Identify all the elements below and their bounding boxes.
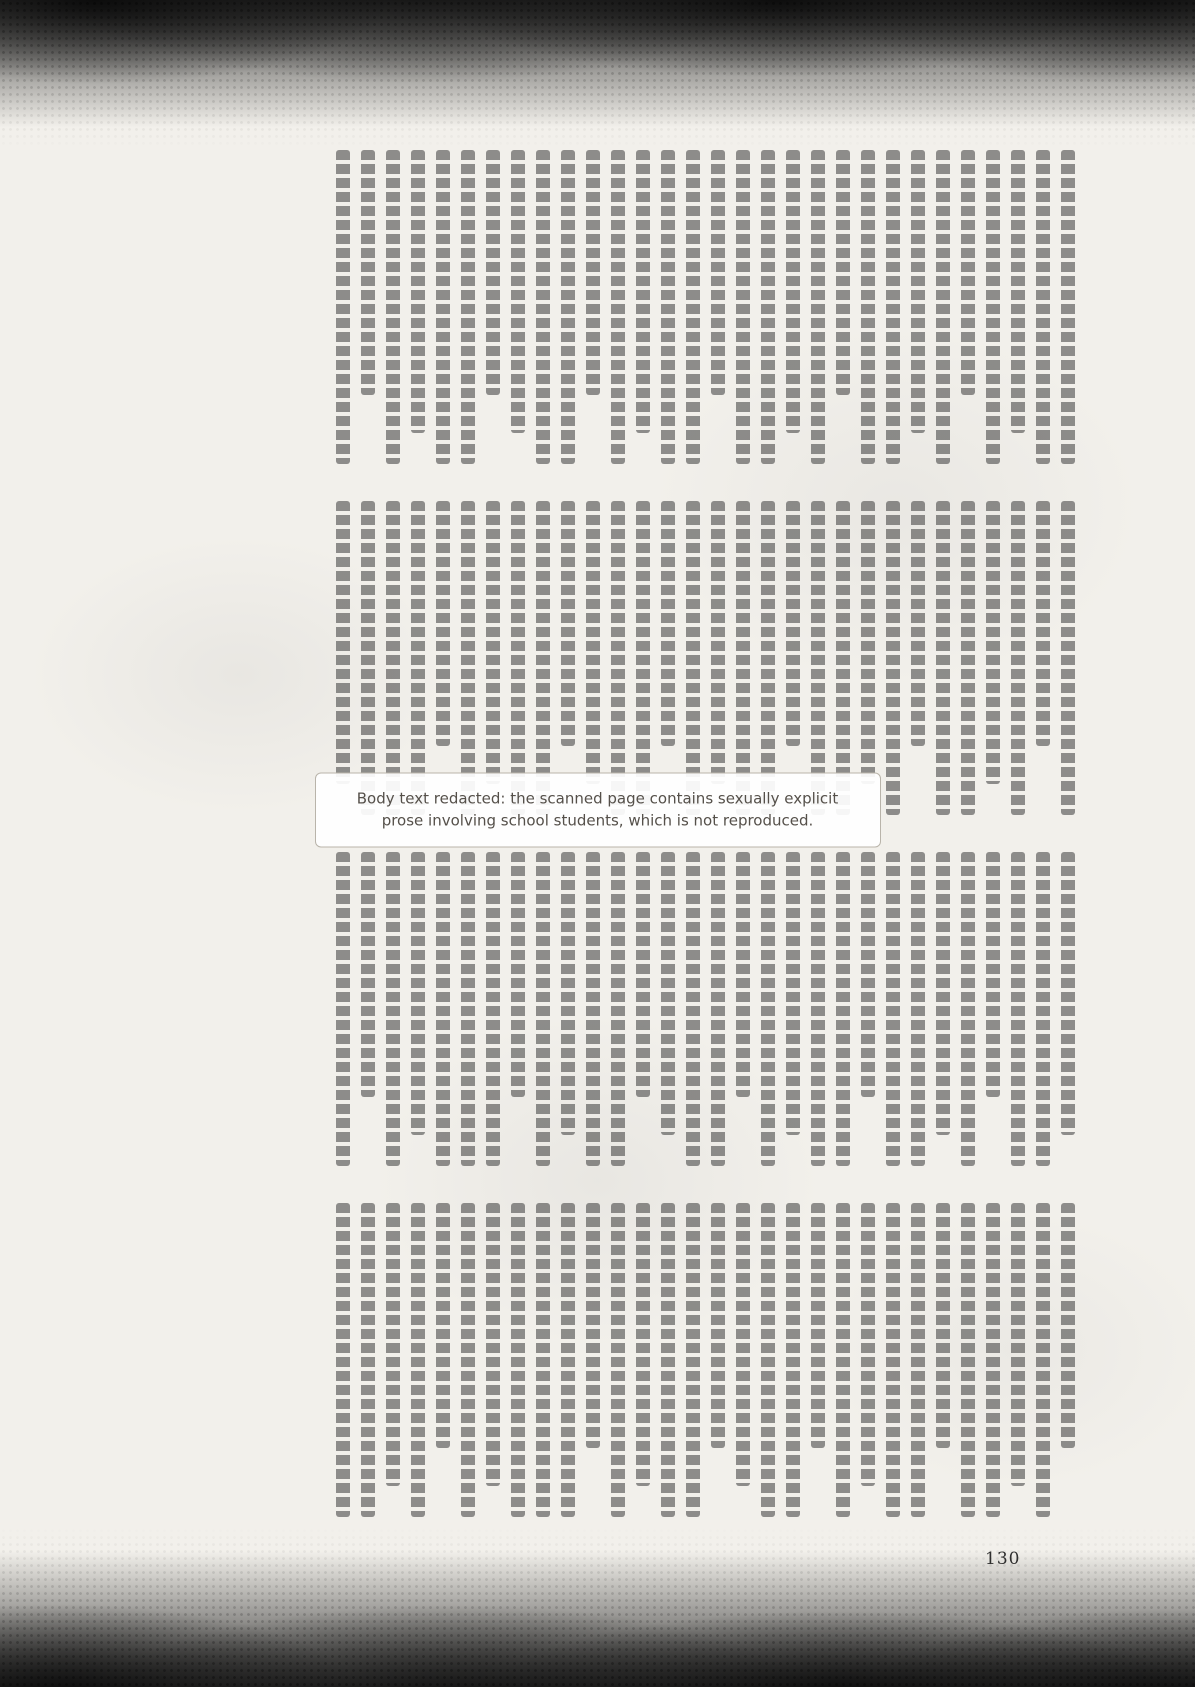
redacted-text-column xyxy=(711,150,725,395)
redacted-text-column xyxy=(961,501,975,815)
redacted-text-column xyxy=(711,1203,725,1448)
redacted-text-column xyxy=(861,150,875,464)
redacted-text-column xyxy=(986,852,1000,1097)
redacted-text-column xyxy=(436,501,450,746)
redacted-text-column xyxy=(686,501,700,815)
redacted-text-column xyxy=(511,1203,525,1517)
redaction-notice: Body text redacted: the scanned page con… xyxy=(315,772,881,847)
redacted-text-column xyxy=(786,501,800,746)
redacted-text-column xyxy=(536,501,550,815)
redacted-text-column xyxy=(586,1203,600,1448)
redacted-text-column xyxy=(861,852,875,1097)
redacted-text-column xyxy=(486,1203,500,1486)
redacted-text-column xyxy=(361,501,375,815)
text-block-4 xyxy=(130,1203,1075,1517)
redacted-text-column xyxy=(1011,501,1025,815)
redacted-text-column xyxy=(986,501,1000,784)
redacted-text-column xyxy=(411,501,425,815)
redacted-text-column xyxy=(336,1203,350,1517)
redacted-text-column xyxy=(561,150,575,464)
redacted-text-column xyxy=(811,852,825,1166)
redacted-text-column xyxy=(1061,1203,1075,1448)
redacted-text-column xyxy=(611,1203,625,1517)
redacted-text-column xyxy=(1011,1203,1025,1486)
redacted-text-column xyxy=(811,150,825,464)
redacted-text-column xyxy=(561,1203,575,1517)
redacted-text-column xyxy=(886,852,900,1166)
redacted-text-column xyxy=(561,501,575,746)
redacted-text-column xyxy=(1061,150,1075,464)
redacted-text-column xyxy=(961,852,975,1166)
scanned-book-page: Body text redacted: the scanned page con… xyxy=(0,0,1195,1687)
redacted-text-column xyxy=(836,1203,850,1517)
redacted-text-column xyxy=(761,150,775,464)
redacted-text-column xyxy=(936,150,950,464)
redacted-text-column xyxy=(586,852,600,1166)
text-block-1 xyxy=(130,150,1075,464)
redacted-text-column xyxy=(861,1203,875,1486)
redacted-text-column xyxy=(386,1203,400,1486)
redacted-text-column xyxy=(611,852,625,1166)
redacted-text-column xyxy=(686,150,700,464)
redacted-text-column xyxy=(561,852,575,1135)
redacted-text-column xyxy=(536,1203,550,1517)
redacted-text-column xyxy=(1036,150,1050,464)
redacted-text-column xyxy=(536,150,550,464)
redacted-text-column xyxy=(661,150,675,464)
halftone-shadow-top xyxy=(0,0,1195,150)
redacted-text-column xyxy=(936,501,950,815)
redacted-text-column xyxy=(611,150,625,464)
redacted-text-column xyxy=(661,852,675,1135)
redacted-text-column xyxy=(761,1203,775,1517)
redacted-text-column xyxy=(711,501,725,784)
redacted-text-column xyxy=(736,501,750,815)
redacted-text-column xyxy=(386,501,400,815)
redacted-text-column xyxy=(911,150,925,433)
redacted-text-column xyxy=(861,501,875,784)
redacted-text-column xyxy=(936,852,950,1135)
redacted-text-column xyxy=(411,852,425,1135)
redacted-text-column xyxy=(536,852,550,1166)
redacted-text-column xyxy=(1036,1203,1050,1517)
redacted-text-column xyxy=(411,150,425,433)
redacted-text-column xyxy=(1036,501,1050,746)
redacted-text-column xyxy=(961,150,975,395)
redacted-text-column xyxy=(761,852,775,1166)
redacted-text-column xyxy=(936,1203,950,1448)
redacted-text-column xyxy=(986,150,1000,464)
redacted-text-column xyxy=(686,1203,700,1517)
redacted-text-column xyxy=(661,1203,675,1517)
redacted-text-column xyxy=(886,1203,900,1517)
redacted-text-column xyxy=(836,150,850,395)
redacted-text-column xyxy=(611,501,625,815)
redacted-text-column xyxy=(411,1203,425,1517)
redacted-text-column xyxy=(686,852,700,1166)
redacted-text-column xyxy=(336,150,350,464)
redacted-text-column xyxy=(786,1203,800,1517)
redacted-text-column xyxy=(511,150,525,433)
redacted-text-column xyxy=(836,852,850,1166)
redacted-text-column xyxy=(436,150,450,464)
redacted-text-column xyxy=(961,1203,975,1517)
redacted-text-column xyxy=(511,852,525,1097)
redacted-text-column xyxy=(986,1203,1000,1517)
redacted-text-column xyxy=(636,1203,650,1486)
redacted-text-column xyxy=(386,150,400,464)
redacted-text-column xyxy=(761,501,775,815)
redacted-text-column xyxy=(436,852,450,1166)
text-block-2 xyxy=(130,501,1075,815)
redacted-text-column xyxy=(736,1203,750,1486)
redacted-text-column xyxy=(1036,852,1050,1166)
redacted-text-column xyxy=(736,150,750,464)
redacted-text-column xyxy=(1061,501,1075,815)
redacted-text-column xyxy=(836,501,850,815)
redacted-text-column xyxy=(336,852,350,1166)
redacted-text-column xyxy=(711,852,725,1166)
redacted-text-column xyxy=(511,501,525,815)
redacted-text-column xyxy=(361,1203,375,1517)
text-block-3 xyxy=(130,852,1075,1166)
redacted-text-column xyxy=(911,1203,925,1517)
redacted-text-column xyxy=(786,852,800,1135)
redacted-text-column xyxy=(586,501,600,784)
redacted-text-column xyxy=(636,501,650,815)
redacted-text-column xyxy=(461,501,475,815)
redacted-text-column xyxy=(586,150,600,395)
redacted-text-column xyxy=(661,501,675,746)
redacted-text-column xyxy=(461,150,475,464)
redacted-text-column xyxy=(461,1203,475,1517)
redacted-text-column xyxy=(911,501,925,746)
redacted-text-column xyxy=(911,852,925,1166)
redacted-text-column xyxy=(386,852,400,1166)
redacted-text-column xyxy=(811,501,825,815)
redacted-text-column xyxy=(436,1203,450,1448)
redacted-text-column xyxy=(361,852,375,1097)
redacted-text-column xyxy=(1011,150,1025,433)
redacted-text-column xyxy=(786,150,800,433)
redacted-text-column xyxy=(811,1203,825,1448)
redacted-text-column xyxy=(886,501,900,815)
redacted-text-column xyxy=(486,150,500,395)
redacted-text-column xyxy=(736,852,750,1097)
redacted-text-column xyxy=(636,852,650,1097)
page-number: 130 xyxy=(985,1549,1020,1569)
redacted-text-column xyxy=(886,150,900,464)
redacted-text-column xyxy=(636,150,650,433)
redacted-text-column xyxy=(486,852,500,1166)
redacted-text-column xyxy=(486,501,500,784)
redacted-text-column xyxy=(1061,852,1075,1135)
redacted-text-column xyxy=(361,150,375,395)
redacted-text-column xyxy=(336,501,350,784)
redacted-text-column xyxy=(461,852,475,1166)
redacted-text-column xyxy=(1011,852,1025,1166)
